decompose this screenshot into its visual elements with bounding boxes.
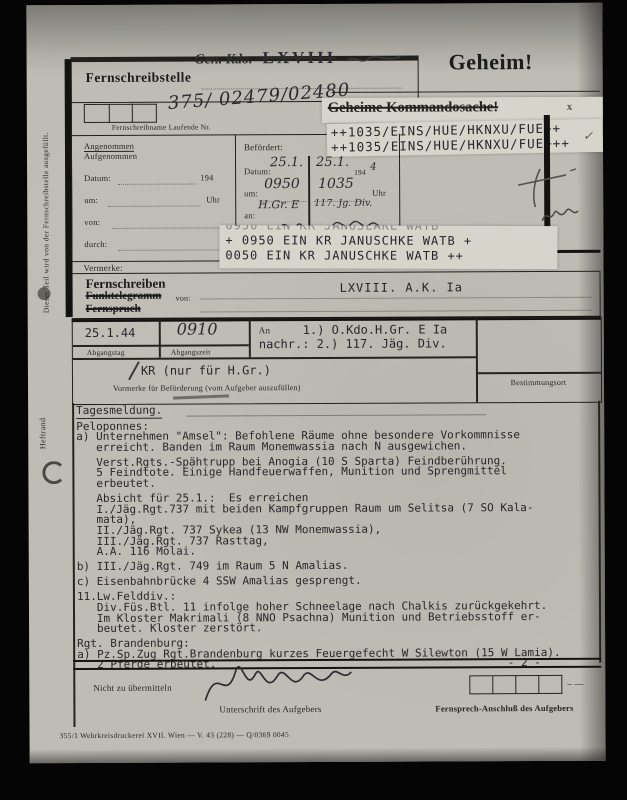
- um1-handwritten: 0950: [264, 176, 300, 192]
- stamp-prefix: Gen. Kdo.: [195, 52, 253, 67]
- left-border: [72, 403, 75, 727]
- heftrand-label: Heftrand: [38, 395, 47, 449]
- message-heading-row: Tagesmeldung.: [76, 404, 594, 417]
- message-paragraph: Verst.Rgts.-Spähtrupp bei Anogia (10 S S…: [76, 456, 594, 490]
- cell-border: [476, 318, 478, 402]
- an-label: an:: [244, 210, 255, 220]
- cell-border: [73, 344, 249, 346]
- datum2-handwritten: 25.1.: [316, 155, 349, 170]
- fernsprech-box-row: [469, 675, 562, 694]
- form-line: [118, 248, 222, 250]
- telegram-form-paper: Dieser Teil wird von der Fernschreibstel…: [26, 3, 605, 764]
- fernsprech-cell: [469, 675, 493, 694]
- serial-cell: [108, 104, 133, 123]
- classification-struck: Geheime Kommandosache!: [328, 99, 498, 117]
- fernsprech-cell: [539, 675, 562, 694]
- vermerke-label: Vermerke:: [83, 263, 122, 273]
- cell-border: [159, 320, 161, 358]
- message-paragraph: c) Eisenbahnbrücke 4 SSW Amalias gespren…: [77, 575, 595, 588]
- abgangszeit-label: Abgangszeit: [171, 347, 211, 356]
- an1-handwritten: H.Gr. E: [258, 198, 299, 211]
- sender-typed: LXVIII. A.K. Ia: [340, 280, 463, 295]
- strike-x-mark: x: [567, 101, 573, 113]
- form-line: [200, 296, 592, 300]
- heading-underline: [186, 414, 486, 416]
- year-printed: 194: [354, 168, 366, 177]
- address-1-typed: 1.) O.Kdo.H.Gr. E Ia: [303, 322, 448, 337]
- an-label: An: [259, 325, 270, 335]
- von-label: von:: [84, 217, 100, 227]
- abgangstag-label: Abgangstag: [87, 348, 125, 357]
- margin-vertical-note: Dieser Teil wird von der Fernschreibstel…: [41, 83, 51, 313]
- fernsprech-boxes: [469, 675, 562, 694]
- message-heading: Tagesmeldung.: [76, 404, 162, 419]
- um2-handwritten: 1035: [318, 176, 354, 192]
- right-border: [598, 401, 601, 663]
- fernspruch-struck: Fernspruch: [86, 303, 141, 315]
- datum1-handwritten: 25.1.: [270, 155, 303, 170]
- an2-handwritten: 117. Jg. Div.: [314, 198, 372, 209]
- von-label: von:: [176, 294, 191, 303]
- uhr-label: Uhr: [372, 188, 386, 198]
- header-rule: [332, 91, 600, 93]
- uhr-label: Uhr: [206, 194, 220, 204]
- paper-bottom-shadow: [30, 747, 606, 764]
- datum-label: Datum:: [244, 166, 271, 176]
- teletype-receipt-strip: 0950 EIN KR JANUSLAKE WATB+ 0950 EIN KR …: [219, 225, 557, 269]
- angenommen-box: Angenommen Aufgenommen Datum: 194 um: Uh…: [71, 134, 237, 262]
- dispatch-table: 25.1.44 Abgangstag 0910 Abgangszeit An 1…: [72, 317, 602, 405]
- year-suffix-handwritten: 4: [370, 162, 376, 173]
- serial-cell: [132, 104, 157, 123]
- message-paragraphs: Peloponnes: a) Unternehmen "Amsel": Befo…: [76, 419, 595, 671]
- message-paragraph: Peloponnes: a) Unternehmen "Amsel": Befo…: [76, 419, 594, 453]
- border-tick: [556, 250, 600, 253]
- pencil-checkmark: ✓: [583, 129, 593, 143]
- um-label: um:: [244, 188, 258, 198]
- message-paragraph: Absicht für 25.1.: Es erreichen I./Jäg.R…: [76, 492, 594, 558]
- bestimmungsort-label: Bestimmungsort: [476, 378, 601, 388]
- fernsprech-cell: [493, 675, 516, 694]
- serial-cell: [84, 104, 110, 123]
- unit-stamp: Gen. Kdo. LXVIII: [195, 48, 337, 69]
- punch-hole: [38, 287, 51, 300]
- fernsprech-cell: [516, 675, 539, 694]
- vormerke-befoerderung-label: Vormerke für Beförderung (vom Aufgeber a…: [113, 383, 301, 393]
- form-line: [112, 226, 222, 228]
- message-body: Tagesmeldung. Peloponnes: a) Unternehmen…: [76, 404, 595, 676]
- strip-fade: [219, 225, 557, 235]
- year-printed: 194: [200, 172, 213, 182]
- scanned-telegram-screenshot: Dieser Teil wird von der Fernschreibstel…: [0, 0, 627, 800]
- cell-border: [249, 319, 251, 357]
- fernsprech-dashes: – —: [567, 679, 583, 689]
- durch-label: durch:: [84, 239, 107, 249]
- address-2-typed: nachr.: 2.) 117. Jäg. Div.: [259, 336, 447, 351]
- cell-border: [476, 372, 601, 374]
- print-note: 355/1 Wehrkreisdruckerei XVII. Wien — V.…: [60, 730, 290, 740]
- stamp-unit: LXVIII: [262, 48, 336, 67]
- befoerdert-label: Befördert:: [244, 142, 283, 152]
- unterschrift-label: Unterschrift des Aufgebers: [219, 704, 321, 714]
- serial-label: Fernschreibname Laufende Nr.: [112, 122, 211, 131]
- classification-geheim: Geheim!: [449, 49, 533, 75]
- receipt-line: + 0950 EIN KR JANUSCHKE WATB +: [225, 233, 557, 249]
- punch-hole: [42, 461, 65, 484]
- aufgeber-signature-scribble: [197, 642, 357, 713]
- fernschreiben-box: Fernschreiben Funktelegramm Fernspruch v…: [72, 271, 601, 322]
- message-paragraph: b) III./Jäg.Rgt. 749 im Raum 5 N Amalias…: [77, 560, 595, 573]
- funktelegramm-struck: Funktelegramm: [86, 290, 162, 302]
- kr-note-typed: KR (nur für H.Gr.): [141, 363, 271, 378]
- message-paragraph: 11.Lw.Felddiv.: Div.Füs.Btl. 11 infolge …: [77, 590, 595, 635]
- aufgenommen-label: Aufgenommen: [84, 151, 137, 161]
- form-line: [108, 205, 200, 207]
- dispatch-time-handwritten: 0910: [177, 319, 218, 338]
- um-label: um:: [84, 195, 98, 205]
- receipt-line: 0050 EIN KR JANUSCHKE WATB ++: [225, 248, 557, 264]
- datum-label: Datum:: [84, 173, 111, 183]
- form-line: [200, 309, 592, 313]
- dispatch-date: 25.1.44: [85, 326, 136, 340]
- nicht-uebermitteln-label: Nicht zu übermitteln: [93, 683, 172, 693]
- fernsprech-label: Fernsprech-Anschluß des Aufgebers: [435, 703, 573, 714]
- pencil-smudge: [173, 394, 229, 399]
- stamp-scribble: [345, 52, 405, 68]
- form-line: [118, 183, 196, 185]
- form-title: Fernschreibstelle: [86, 70, 192, 86]
